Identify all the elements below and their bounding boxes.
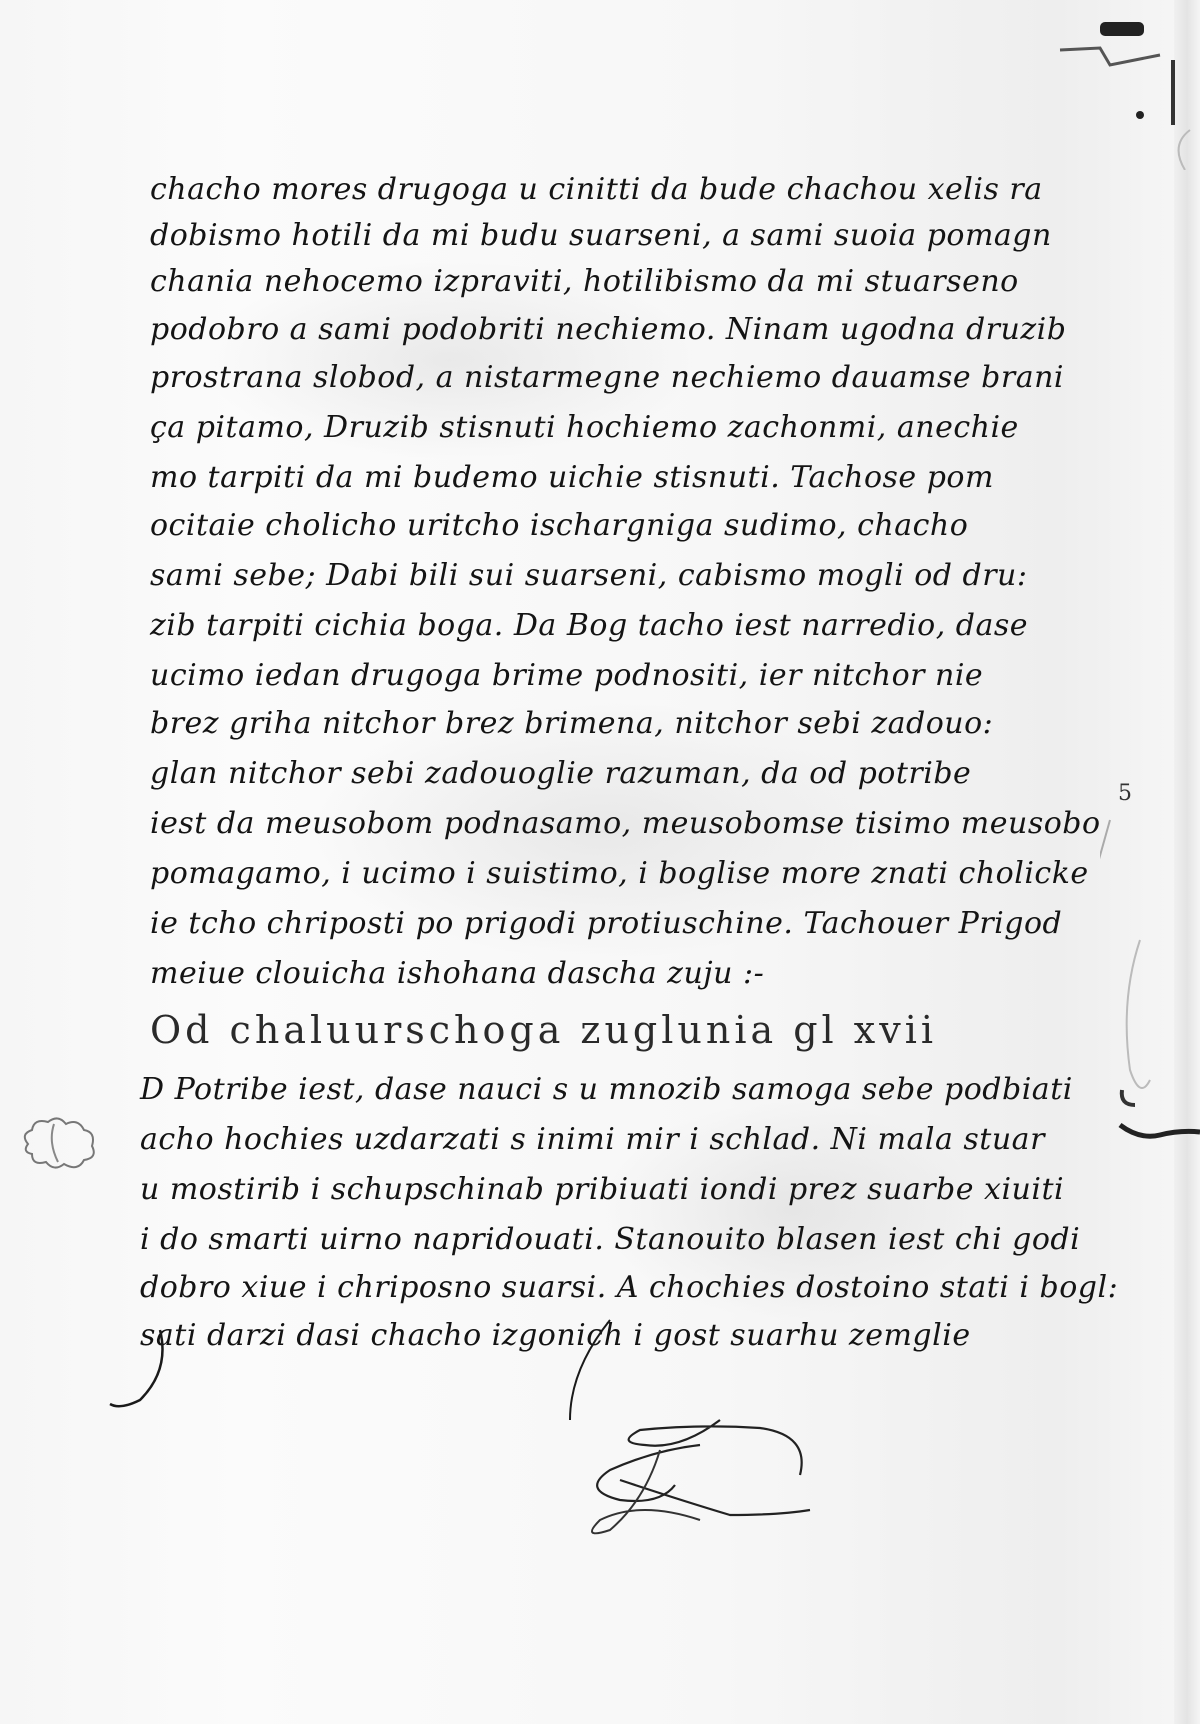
text-line: zib tarpiti cichia boga. Da Bog tacho ie… [150,608,1028,643]
text-line: u mostirib i schupschinab pribiuati iond… [140,1172,1064,1207]
text-line: prostrana slobod, a nistarmegne nechiemo… [150,360,1064,395]
text-line: chania nehocemo izpraviti, hotilibismo d… [150,264,1019,299]
text-line: chacho mores drugoga u cinitti da bude c… [150,172,1043,207]
text-line: sami sebe; Dabi bili sui suarseni, cabis… [150,558,1027,593]
text-line: acho hochies uzdarzati s inimi mir i sch… [140,1122,1045,1157]
text-line: pomagamo, i ucimo i suistimo, i boglise … [150,856,1089,891]
text-line: D Potribe iest, dase nauci s u mnozib sa… [140,1072,1073,1107]
text-line: i do smarti uirno napridouati. Stanouito… [140,1222,1080,1257]
text-line: dobismo hotili da mi budu suarseni, a sa… [150,218,1052,253]
text-line: ucimo iedan drugoga brime podnositi, ier… [150,658,983,693]
text-line: ça pitamo, Druzib stisnuti hochiemo zach… [150,410,1019,445]
text-line: meiue clouicha ishohana dascha zuju :- [150,956,764,991]
text-line: iest da meusobom podnasamo, meusobomse t… [150,806,1101,841]
text-line: podobro a sami podobriti nechiemo. Ninam… [150,312,1066,347]
manuscript-page: 5 chacho mores drugoga u cinitti da bude… [0,0,1200,1724]
corner-tape-icon [1040,10,1200,170]
text-line: brez griha nitchor brez brimena, nitchor… [150,706,993,741]
section-heading: Od chaluurschoga zuglunia gl xvii [150,1008,937,1052]
cloud-doodle-icon [18,1112,98,1174]
text-line: ie tcho chriposti po prigodi protiuschin… [150,906,1062,941]
margin-number: 5 [1118,781,1132,806]
margin-note-marks: 5 [1100,770,1200,1150]
text-line: ocitaie cholicho uritcho ischargniga sud… [150,508,968,543]
text-line: mo tarpiti da mi budemo uichie stisnuti.… [150,460,994,495]
scribe-flourish-icon [100,1300,820,1560]
text-line: glan nitchor sebi zadouoglie razuman, da… [150,756,971,791]
